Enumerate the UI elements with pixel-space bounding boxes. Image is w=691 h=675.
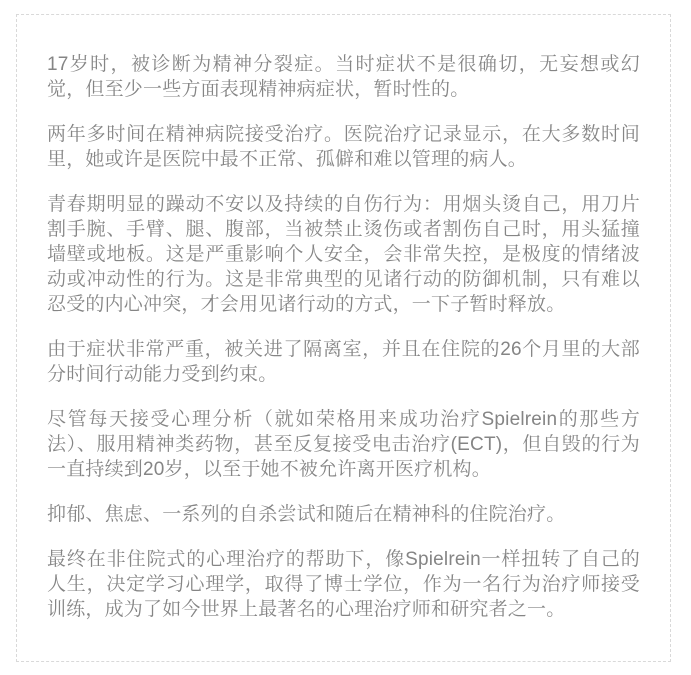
content-card: 17岁时，被诊断为精神分裂症。当时症状不是很确切，无妄想或幻觉，但至少一些方面表…	[16, 14, 671, 662]
page: { "page": { "background_color": "#ffffff…	[0, 0, 691, 675]
article-body: 17岁时，被诊断为精神分裂症。当时症状不是很确切，无妄想或幻觉，但至少一些方面表…	[47, 52, 640, 622]
paragraph-therapy-attempts: 尽管每天接受心理分析（就如荣格用来成功治疗Spielrein的那些方法）、服用精…	[47, 407, 640, 482]
paragraph-recovery: 最终在非住院式的心理治疗的帮助下，像Spielrein一样扭转了自己的人生，决定…	[47, 547, 640, 622]
paragraph-depression: 抑郁、焦虑、一系列的自杀尝试和随后在精神科的住院治疗。	[47, 502, 640, 527]
paragraph-diagnosis: 17岁时，被诊断为精神分裂症。当时症状不是很确切，无妄想或幻觉，但至少一些方面表…	[47, 52, 640, 102]
paragraph-hospital-treatment: 两年多时间在精神病院接受治疗。医院治疗记录显示，在大多数时间里，她或许是医院中最…	[47, 122, 640, 172]
paragraph-self-harm: 青春期明显的躁动不安以及持续的自伤行为：用烟头烫自己，用刀片割手腕、手臂、腿、腹…	[47, 192, 640, 317]
paragraph-isolation: 由于症状非常严重，被关进了隔离室，并且在住院的26个月里的大部分时间行动能力受到…	[47, 337, 640, 387]
